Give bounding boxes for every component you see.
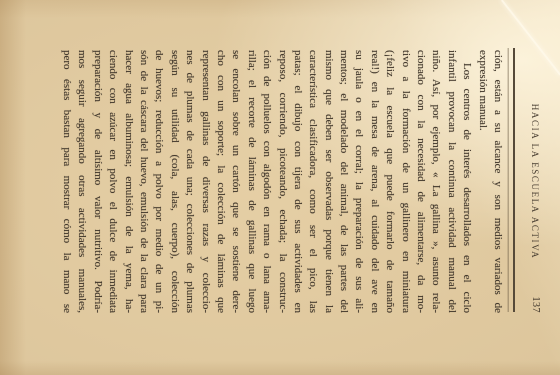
text-line: reposo, corriendo, picoteando, echada; l… — [274, 50, 289, 313]
text-line: ciendo con azúcar en polvo el dulce de i… — [105, 50, 120, 313]
text-line: mos seguir agregando otras actividades m… — [74, 50, 89, 313]
text-line: real!) en la mesa de arena, al cuidado d… — [366, 50, 381, 313]
text-line: tivo a la formación de un gallinero en m… — [397, 50, 412, 313]
header-rule — [509, 48, 515, 312]
text-line: expresión manual. — [474, 50, 489, 313]
page-number: 137 — [530, 297, 541, 314]
paragraph: ción, están a su alcance y son medios va… — [474, 50, 505, 313]
running-head-title: HACIA LA ESCUELA ACTIVA — [530, 104, 540, 259]
text-line: característica clasificadora, como ser e… — [305, 50, 320, 313]
text-line: nes de plumas de cada una; colecciones d… — [182, 50, 197, 313]
text-line: ción, están a su alcance y son medios va… — [490, 50, 505, 313]
text-line: són de la cáscara del huevo, emulsión de… — [136, 50, 151, 313]
text-line: mismo que deben ser observadas porque ti… — [320, 50, 335, 313]
running-head: HACIA LA ESCUELA ACTIVA 137 — [526, 50, 540, 313]
text-line: niño. Así, por ejemplo, « La gallina », … — [428, 50, 443, 313]
text-line: pero éstas bastan para mostrar cómo la m… — [59, 50, 74, 313]
text-line: Los centros de interés desarrollados en … — [459, 50, 474, 313]
text-line: mentos; el modelado del animal, de las p… — [336, 50, 351, 313]
text-line: rilla; el recorte de láminas de gallinas… — [243, 50, 258, 313]
text-line: de huevos; reducción a polvo por medio d… — [151, 50, 166, 313]
text-line: ción de polluelos con algodón en rama o … — [259, 50, 274, 313]
text-line: (¡feliz la escuela que puede formarlo de… — [382, 50, 397, 313]
text-line: su jaula o en el corral; la preparación … — [351, 50, 366, 313]
text-line: preparación y de altísimo valor nutritiv… — [89, 50, 104, 313]
text-line: según su utilidad (cola, alas, cuerpo), … — [166, 50, 181, 313]
text-line: se encolan sobre un cartón que se sostie… — [228, 50, 243, 313]
text-line: cionado con la necesidad de alimentarse,… — [413, 50, 428, 313]
text-line: cho con un soporte; la colección de lámi… — [213, 50, 228, 313]
text-line: hacer agua albuminosa; emulsión de la ye… — [120, 50, 135, 313]
text-line: infantil provocan la continua actividad … — [443, 50, 458, 313]
book-page-rotated: HACIA LA ESCUELA ACTIVA 137 ción, están … — [0, 0, 560, 375]
text-line: representan gallinas de diversas razas y… — [197, 50, 212, 313]
paragraph: Los centros de interés desarrollados en … — [59, 50, 475, 313]
body-text: ción, están a su alcance y son medios va… — [59, 50, 505, 313]
text-line: patas; el dibujo con tijera de sus activ… — [290, 50, 305, 313]
scanned-book-page: HACIA LA ESCUELA ACTIVA 137 ción, están … — [0, 0, 560, 375]
